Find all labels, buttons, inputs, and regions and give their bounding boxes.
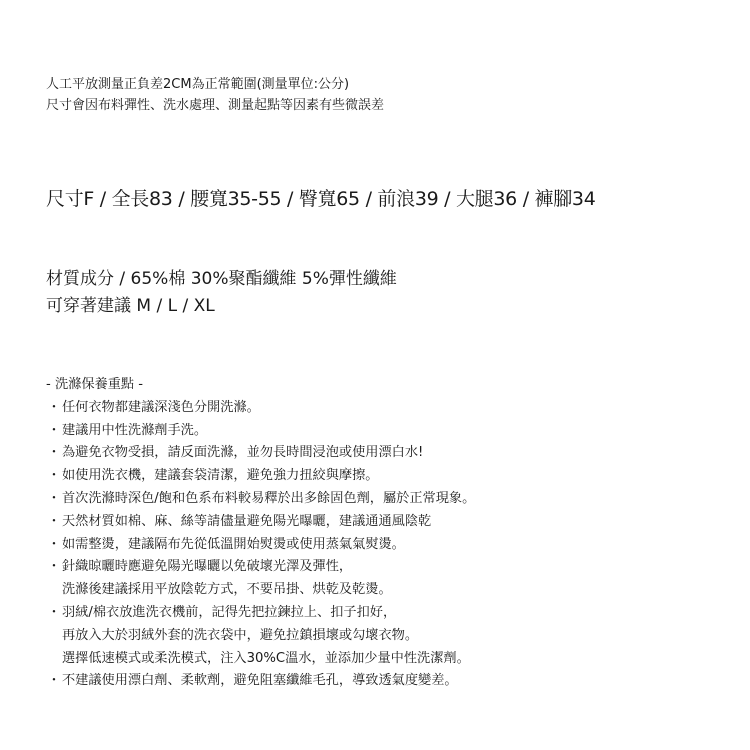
size-spec: 尺寸F / 全長83 / 腰寬35-55 / 臀寬65 / 前浪39 / 大腿3… [46, 185, 596, 213]
care-item: ・羽絨/棉衣放進洗衣機前，記得先把拉鍊拉上、扣子扣好，再放入大於羽絨外套的洗衣袋… [46, 602, 475, 670]
care-item-text: 不建議使用漂白劑、柔軟劑，避免阻塞纖維毛孔，導致透氣度變差。 [62, 673, 458, 688]
care-item-line: ・不建議使用漂白劑、柔軟劑，避免阻塞纖維毛孔，導致透氣度變差。 [46, 670, 475, 693]
bullet-icon: ・ [46, 602, 62, 625]
measurement-note-line: 人工平放測量正負差2CM為正常範圍(測量單位:公分) [46, 74, 384, 95]
care-title: - 洗滌保養重點 - [46, 374, 475, 397]
care-instructions: - 洗滌保養重點 - ・任何衣物都建議深淺色分開洗滌。・建議用中性洗滌劑手洗。・… [46, 374, 475, 693]
care-item-line: ・如需整燙，建議隔布先從低溫開始熨燙或使用蒸氣氣熨燙。 [46, 534, 475, 557]
care-item-text: 任何衣物都建議深淺色分開洗滌。 [62, 400, 260, 415]
care-item: ・不建議使用漂白劑、柔軟劑，避免阻塞纖維毛孔，導致透氣度變差。 [46, 670, 475, 693]
care-list: ・任何衣物都建議深淺色分開洗滌。・建議用中性洗滌劑手洗。・為避免衣物受損，請反面… [46, 397, 475, 693]
care-item: ・如使用洗衣機，建議套袋清潔，避免強力扭絞與摩擦。 [46, 465, 475, 488]
care-item-continuation: 再放入大於羽絨外套的洗衣袋中，避免拉鎮損壞或勾壞衣物。 [46, 625, 475, 648]
bullet-icon: ・ [46, 556, 62, 579]
measurement-note: 人工平放測量正負差2CM為正常範圍(測量單位:公分) 尺寸會因布料彈性、洗水處理… [46, 74, 384, 116]
bullet-icon: ・ [46, 397, 62, 420]
care-item-text: 為避免衣物受損，請反面洗滌，並勿長時間浸泡或使用漂白水! [62, 445, 423, 460]
care-item-line: ・如使用洗衣機，建議套袋清潔，避免強力扭絞與摩擦。 [46, 465, 475, 488]
bullet-icon: ・ [46, 511, 62, 534]
care-item-text: 天然材質如棉、麻、絲等請儘量避免陽光曝曬，建議通通風陰乾 [62, 514, 431, 529]
care-item: ・天然材質如棉、麻、絲等請儘量避免陽光曝曬，建議通通風陰乾 [46, 511, 475, 534]
care-item-line: ・首次洗滌時深色/飽和色系布料較易釋於出多餘固色劑，屬於正常現象。 [46, 488, 475, 511]
care-item-line: ・建議用中性洗滌劑手洗。 [46, 420, 475, 443]
bullet-icon: ・ [46, 534, 62, 557]
care-item: ・針織晾曬時應避免陽光曝曬以免破壞光澤及彈性，洗滌後建議採用平放陰乾方式，不要吊… [46, 556, 475, 602]
care-item-line: ・任何衣物都建議深淺色分開洗滌。 [46, 397, 475, 420]
care-item-text: 如需整燙，建議隔布先從低溫開始熨燙或使用蒸氣氣熨燙。 [62, 537, 405, 552]
measurement-note-line: 尺寸會因布料彈性、洗水處理、測量起點等因素有些微誤差 [46, 95, 384, 116]
care-item: ・為避免衣物受損，請反面洗滌，並勿長時間浸泡或使用漂白水! [46, 442, 475, 465]
care-item: ・如需整燙，建議隔布先從低溫開始熨燙或使用蒸氣氣熨燙。 [46, 534, 475, 557]
bullet-icon: ・ [46, 442, 62, 465]
care-item-continuation: 選擇低速模式或柔洗模式，注入30%C溫水，並添加少量中性洗潔劑。 [46, 648, 475, 671]
care-item-text: 羽絨/棉衣放進洗衣機前，記得先把拉鍊拉上、扣子扣好， [62, 605, 396, 620]
care-item: ・任何衣物都建議深淺色分開洗滌。 [46, 397, 475, 420]
care-item-line: ・為避免衣物受損，請反面洗滌，並勿長時間浸泡或使用漂白水! [46, 442, 475, 465]
bullet-icon: ・ [46, 465, 62, 488]
care-item-text: 建議用中性洗滌劑手洗。 [62, 423, 207, 438]
care-item-text: 如使用洗衣機，建議套袋清潔，避免強力扭絞與摩擦。 [62, 468, 379, 483]
care-item-continuation: 洗滌後建議採用平放陰乾方式，不要吊掛、烘乾及乾燙。 [46, 579, 475, 602]
recommended-sizes: 可穿著建議 M / L / XL [46, 293, 397, 320]
material-info: 材質成分 / 65%棉 30%聚酯纖維 5%彈性纖維 可穿著建議 M / L /… [46, 266, 397, 320]
bullet-icon: ・ [46, 488, 62, 511]
care-item-text: 首次洗滌時深色/飽和色系布料較易釋於出多餘固色劑，屬於正常現象。 [62, 491, 475, 506]
care-item-line: ・針織晾曬時應避免陽光曝曬以免破壞光澤及彈性， [46, 556, 475, 579]
care-item: ・建議用中性洗滌劑手洗。 [46, 420, 475, 443]
care-item-line: ・羽絨/棉衣放進洗衣機前，記得先把拉鍊拉上、扣子扣好， [46, 602, 475, 625]
care-item: ・首次洗滌時深色/飽和色系布料較易釋於出多餘固色劑，屬於正常現象。 [46, 488, 475, 511]
bullet-icon: ・ [46, 420, 62, 443]
care-item-text: 針織晾曬時應避免陽光曝曬以免破壞光澤及彈性， [62, 559, 352, 574]
care-item-line: ・天然材質如棉、麻、絲等請儘量避免陽光曝曬，建議通通風陰乾 [46, 511, 475, 534]
material-composition: 材質成分 / 65%棉 30%聚酯纖維 5%彈性纖維 [46, 266, 397, 293]
bullet-icon: ・ [46, 670, 62, 693]
size-spec-line: 尺寸F / 全長83 / 腰寬35-55 / 臀寬65 / 前浪39 / 大腿3… [46, 185, 596, 213]
